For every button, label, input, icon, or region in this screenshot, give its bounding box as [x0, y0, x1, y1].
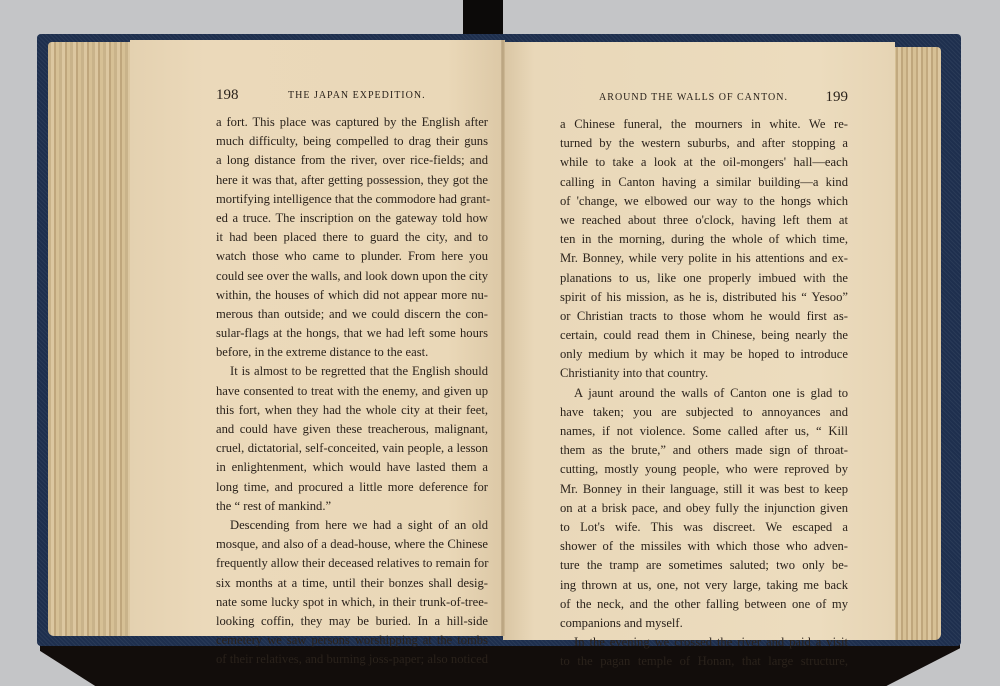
text-line: this fort, when they had the whole city …	[216, 401, 488, 420]
right-page-edges	[893, 47, 941, 640]
text-line: merous than outside; and we could discer…	[216, 305, 488, 324]
text-line: much difficulty, being compelled to drag…	[216, 132, 488, 151]
right-page-body: a Chinese funeral, the mourners in white…	[560, 115, 848, 671]
text-line: a fort. This place was captured by the E…	[216, 113, 488, 132]
text-line: mosque, and also of a dead-house, where …	[216, 535, 488, 554]
text-line: planations to us, like one properly imbu…	[560, 269, 848, 288]
text-line: cutting, mostly young people, who were r…	[560, 460, 848, 479]
text-line: long time, and procured a little more de…	[216, 478, 488, 497]
right-page-header: AROUND THE WALLS OF CANTON. 199	[560, 92, 848, 108]
text-line: spirit of his mission, as he is, distrib…	[560, 288, 848, 307]
text-line: it had been placed there to guard the ci…	[216, 228, 488, 247]
left-page-body: a fort. This place was captured by the E…	[216, 113, 488, 669]
text-line: to Lot's wife. This was discreet. We esc…	[560, 518, 848, 537]
text-line: them as the brute,” and others made sign…	[560, 441, 848, 460]
text-line: It is almost to be regretted that the En…	[216, 362, 488, 381]
text-line: within, the houses of which did not appe…	[216, 286, 488, 305]
text-line: ture the tramp are sometimes saluted; tw…	[560, 556, 848, 575]
text-line: turned by the western suburbs, and after…	[560, 134, 848, 153]
page-number: 198	[216, 87, 239, 104]
text-line: before, in the extreme distance to the e…	[216, 343, 488, 362]
text-line: nate some lucky spot in which, in their …	[216, 593, 488, 612]
text-line: ed a truce. The inscription on the gatew…	[216, 209, 488, 228]
text-line: on at a brisk pace, and obey fully the i…	[560, 499, 848, 518]
text-line: Descending from here we had a sight of a…	[216, 516, 488, 535]
text-line: A jaunt around the walls of Canton one i…	[560, 384, 848, 403]
right-page: AROUND THE WALLS OF CANTON. 199 a Chines…	[503, 42, 895, 640]
text-line: a long distance from the river, over ric…	[216, 151, 488, 170]
text-line: of the neck, and the other falling betwe…	[560, 595, 848, 614]
text-line: and could have given these treacherous, …	[216, 420, 488, 439]
text-line: Mr. Bonney in their language, still it w…	[560, 480, 848, 499]
text-line: while to take a look at the oil-mongers'…	[560, 153, 848, 172]
text-line: here it was that, after getting possessi…	[216, 171, 488, 190]
text-line: ing thrown at us, one, not very large, t…	[560, 576, 848, 595]
text-line: Mr. Bonney, while very polite in his att…	[560, 249, 848, 268]
text-line: mortifying intelligence that the commodo…	[216, 190, 488, 209]
text-line: the “ rest of mankind.”	[216, 497, 488, 516]
text-line: have taken; you are subjected to annoyan…	[560, 403, 848, 422]
text-line: or Christian tracts to those whom he wou…	[560, 307, 848, 326]
text-line: Christianity into that country.	[560, 364, 848, 383]
text-line: a Chinese funeral, the mourners in white…	[560, 115, 848, 134]
text-line: companions and myself.	[560, 614, 848, 633]
text-line: we reached about three o'clock, having l…	[560, 211, 848, 230]
left-page: 198 THE JAPAN EXPEDITION. a fort. This p…	[130, 40, 503, 636]
text-line: of 'change, we elbowed our way to the ho…	[560, 192, 848, 211]
left-page-header: 198 THE JAPAN EXPEDITION.	[216, 90, 488, 106]
book-gutter	[501, 40, 505, 636]
text-line: in enlightenment, which would have laste…	[216, 458, 488, 477]
text-line: In the evening we crossed the river and …	[560, 633, 848, 652]
text-line: ten in the morning, during the whole of …	[560, 230, 848, 249]
page-number: 199	[826, 89, 849, 106]
running-title: THE JAPAN EXPEDITION.	[288, 90, 426, 101]
text-line: could see over the walls, and look down …	[216, 267, 488, 286]
text-line: six months at a time, until their bonzes…	[216, 574, 488, 593]
text-line: calling in Canton having a similar build…	[560, 173, 848, 192]
text-line: watch those who came to plunder. From he…	[216, 247, 488, 266]
running-title: AROUND THE WALLS OF CANTON.	[599, 92, 788, 103]
left-page-edges	[48, 42, 133, 636]
text-line: of their relatives, and burning joss-pap…	[216, 650, 488, 669]
text-line: only medium by which it may be hoped to …	[560, 345, 848, 364]
text-line: to the pagan temple of Honan, that large…	[560, 652, 848, 671]
text-line: cemetery we saw persons worshipping at t…	[216, 631, 488, 650]
text-line: have consented to treat with the enemy, …	[216, 382, 488, 401]
text-line: frequently allow their deceased relative…	[216, 554, 488, 573]
text-line: certain, could read them in Chinese, bei…	[560, 326, 848, 345]
text-line: sular-flags at the hongs, that we had le…	[216, 324, 488, 343]
text-line: cruel, dictatorial, self-conceited, vain…	[216, 439, 488, 458]
text-line: looking coffin, they may be buried. In a…	[216, 612, 488, 631]
text-line: names, if not violence. Some called afte…	[560, 422, 848, 441]
text-line: shower of the missiles with which those …	[560, 537, 848, 556]
